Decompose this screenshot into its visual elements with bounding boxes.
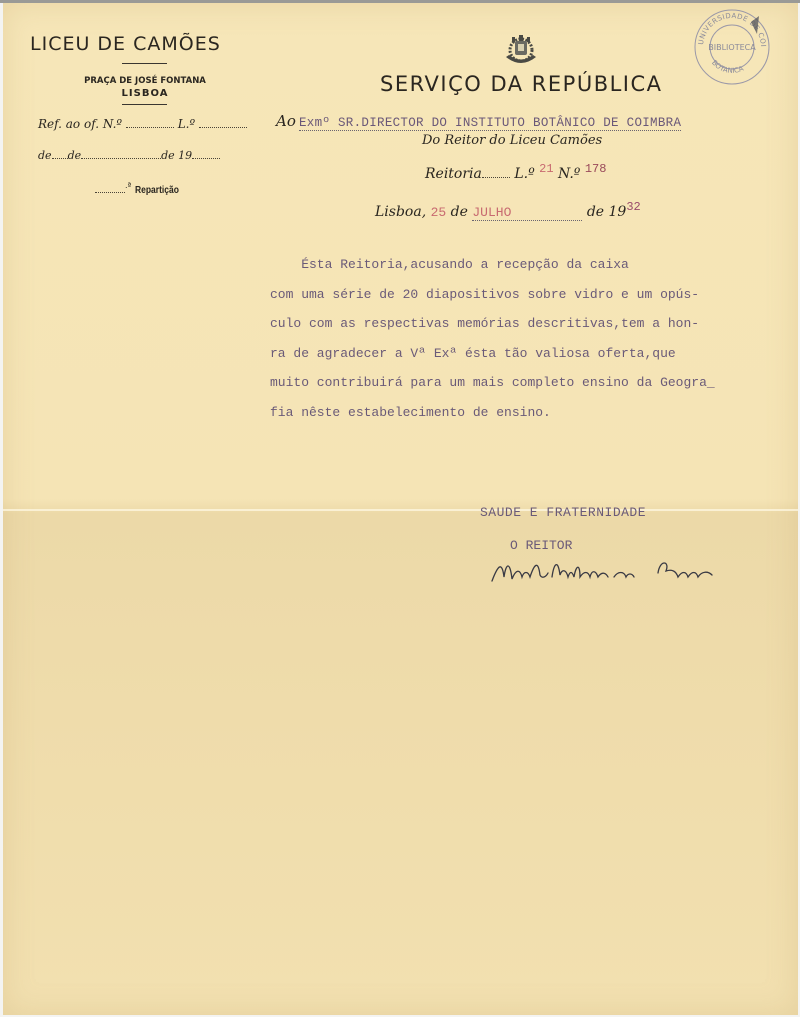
year-blank [192,148,220,159]
month-blank [81,148,161,159]
day-blank [52,148,68,159]
ref-date-row: dedede 19 [38,148,220,162]
livro-label: L.º [514,166,534,182]
svg-text:BOTANICA: BOTANICA [710,59,745,75]
date-row: Lisboa, 25 de JULHO de 1932 [375,200,641,221]
ref-label: Ref. ao of. N.º [38,117,122,131]
date-day: 25 [431,205,447,220]
livro-value: 21 [539,162,553,176]
signer-title: O REITOR [510,538,572,553]
closing-salutation: SAUDE E FRATERNIDADE [480,505,646,520]
repartition-row: .ª Repartição [95,180,187,198]
library-stamp: UNIVERSIDADE DE COIMBRA BIBLIOTECA BOTAN… [693,8,771,86]
ref-number-blank [126,117,174,128]
signature-icon [488,555,728,587]
date-year-suffix: 32 [626,200,640,214]
body-line: Ésta Reitoria,acusando a recepção da cai… [270,250,800,280]
addressee-text: Exmº SR.DIRECTOR DO INSTITUTO BOTÂNICO D… [299,116,681,131]
date-year-label: de 19 [161,149,192,162]
stamp-bottom-text: BOTANICA [710,59,745,75]
addressee-prefix: Ao [276,112,296,130]
ref-l-label: L.º [178,117,195,131]
body-line: ra de agradecer a Vª Exª ésta tão valios… [270,339,800,369]
ref-field-row: Ref. ao of. N.º L.º [38,117,247,131]
date-de-label: de [68,149,82,162]
letter-body: Ésta Reitoria,acusando a recepção da cai… [270,250,800,427]
divider [122,104,167,105]
header-title: SERVIÇO DA REPÚBLICA [380,72,663,96]
body-line: com uma série de 20 diapositivos sobre v… [270,280,800,310]
date-month: JULHO [472,205,582,221]
numero-label: N.º [558,166,580,182]
numero-value: 178 [585,162,607,176]
coat-of-arms-icon [500,33,542,69]
from-line: Do Reitor do Liceu Camões [422,133,602,148]
ref-l-blank [199,117,247,128]
date-year-prefix: de 19 [587,204,627,220]
date-city-label: Lisboa, [375,204,426,220]
school-name: LICEU DE CAMÕES [30,33,221,55]
reference-row: Reitoria L.º 21 N.º 178 [425,162,606,182]
blank [482,167,510,178]
date-de-label: de [451,204,468,220]
repartition-label: Repartição [135,185,179,196]
body-line: muito contribuirá para um mais completo … [270,368,800,398]
reitoria-label: Reitoria [425,166,482,182]
school-address: PRAÇA DE JOSÉ FONTANA [55,76,235,86]
school-city: LISBOA [55,88,235,99]
body-line: fia nêste estabelecimento de ensino. [270,398,800,428]
date-de-label: de [38,149,52,162]
repartition-blank [95,182,125,193]
body-line: culo com as respectivas memórias descrit… [270,309,800,339]
stamp-center-text: BIBLIOTECA [708,43,756,52]
divider [122,63,167,64]
ordinal-suffix: .ª [125,181,131,190]
addressee-line: Ao Exmº SR.DIRECTOR DO INSTITUTO BOTÂNIC… [276,112,681,130]
